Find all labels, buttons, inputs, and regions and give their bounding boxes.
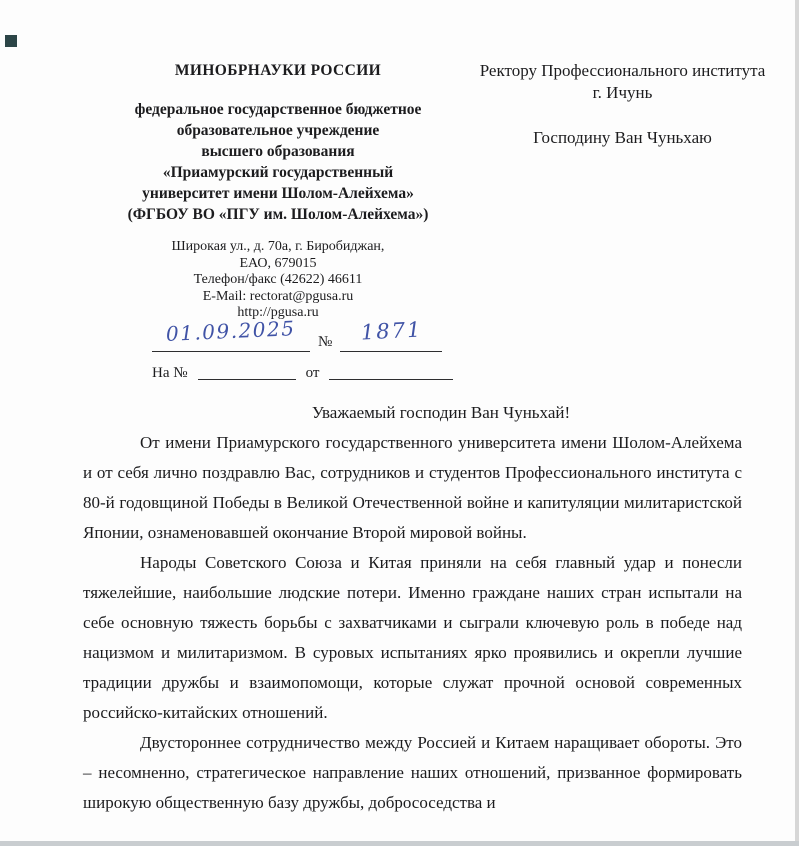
ministry-name: МИНОБРНАУКИ РОССИИ: [92, 62, 464, 80]
paragraph-2: Народы Советского Союза и Китая приняли …: [83, 548, 742, 728]
email: E-Mail: rectorat@pgusa.ru: [92, 289, 464, 306]
postal-code: ЕАО, 679015: [92, 256, 464, 273]
number-sign: №: [318, 334, 332, 351]
paragraph-1: От имени Приамурского государственного у…: [83, 428, 742, 548]
outgoing-number-field: 1871: [340, 321, 442, 352]
addressee-gap: [450, 104, 795, 127]
reply-date-label: от: [306, 365, 320, 382]
organization-name: федеральное государственное бюджетное об…: [92, 99, 464, 225]
paragraph-3: Двустороннее сотрудничество между Россие…: [83, 728, 742, 818]
handwritten-date: 01.09.2025: [166, 316, 296, 346]
reference-block: 01.09.2025 № 1871 На № от: [152, 316, 472, 382]
org-name-line: образовательное учреждение: [92, 120, 464, 141]
scan-bottom-edge: [0, 841, 799, 846]
reply-reference-row: На № от: [152, 356, 472, 382]
org-name-line: университет имени Шолом-Алейхема»: [92, 183, 464, 204]
phone-fax: Телефон/факс (42622) 46611: [92, 272, 464, 289]
org-name-line: высшего образования: [92, 141, 464, 162]
scan-right-edge: [795, 0, 799, 846]
reply-date-blank: [329, 361, 453, 380]
addressee-city: г. Ичунь: [450, 82, 795, 104]
date-field: 01.09.2025: [152, 321, 310, 352]
addressee-block: Ректору Профессионального института г. И…: [450, 60, 795, 149]
org-name-line: федеральное государственное бюджетное: [92, 99, 464, 120]
scan-corner-artifact: [5, 35, 17, 47]
date-number-row: 01.09.2025 № 1871: [152, 316, 472, 352]
letter-body: Уважаемый господин Ван Чуньхай! От имени…: [83, 398, 742, 818]
addressee-title: Ректору Профессионального института: [450, 60, 795, 82]
street-address: Широкая ул., д. 70а, г. Биробиджан,: [92, 239, 464, 256]
handwritten-number: 1871: [360, 317, 423, 344]
reply-number-label: На №: [152, 365, 188, 382]
letterhead-block: МИНОБРНАУКИ РОССИИ федеральное государст…: [92, 62, 464, 322]
org-name-line: «Приамурский государственный: [92, 162, 464, 183]
scanned-letter-page: МИНОБРНАУКИ РОССИИ федеральное государст…: [0, 0, 799, 846]
org-name-line: (ФГБОУ ВО «ПГУ им. Шолом-Алейхема»): [92, 204, 464, 225]
contact-address-block: Широкая ул., д. 70а, г. Биробиджан, ЕАО,…: [92, 239, 464, 322]
reply-number-blank: [198, 361, 296, 380]
addressee-person: Господину Ван Чуньхаю: [450, 127, 795, 149]
salutation: Уважаемый господин Ван Чуньхай!: [83, 398, 742, 428]
